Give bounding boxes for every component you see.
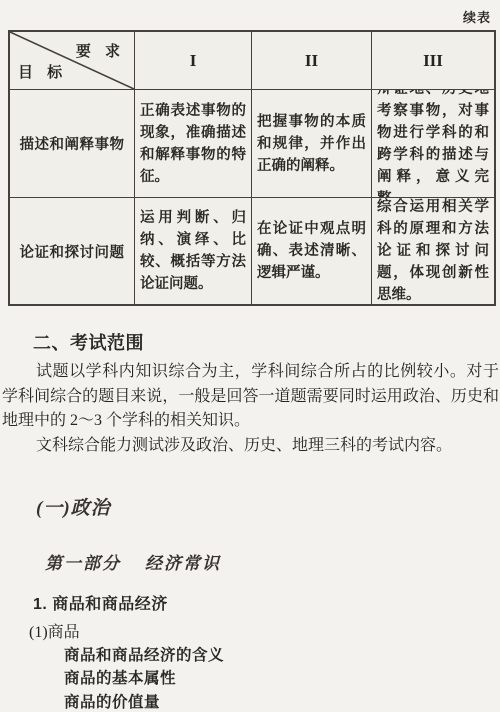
outline-sub-item: 商品的价值量: [64, 691, 224, 712]
outline-item-commodity: (1)商品: [29, 619, 80, 642]
section-heading-exam-scope: 二、考试范围: [33, 329, 144, 355]
table-cell-r2-c1: 运用判断、归纳、演绎、比较、概括等方法论证问题。: [135, 198, 252, 304]
table-cell-text: 辩证地、历史地考察事物，对事物进行学科的和跨学科的描述与阐释，意义完整。: [377, 90, 489, 198]
table-cell-r2-c3: 综合运用相关学科的原理和方法论证和探讨问题，体现创新性思维。: [372, 198, 494, 304]
outline-sub-list: 商品和商品经济的含义 商品的基本属性 商品的价值量: [64, 644, 224, 712]
table-cell-r1-c3: 辩证地、历史地考察事物，对事物进行学科的和跨学科的描述与阐释，意义完整。: [372, 90, 494, 198]
table-cell-r1-c2: 把握事物的本质和规律，并作出正确的阐释。: [252, 90, 372, 198]
table-cell-r1-c1: 正确表述事物的现象，准确描述和解释事物的特征。: [135, 90, 252, 198]
continued-table-label: 续表: [463, 7, 491, 26]
table-cell-text: 把握事物的本质和规律，并作出正确的阐释。: [257, 111, 366, 177]
table-row-label-argue: 论证和探讨问题: [10, 198, 135, 304]
part-one-title: 经济常识: [145, 549, 221, 574]
table-header-level-3: III: [372, 32, 494, 90]
outline-item-commodity-economy: 1. 商品和商品经济: [33, 591, 168, 614]
heading-part-one: 第一部分 经济常识: [45, 549, 221, 574]
ability-requirements-table: 要 求 目 标 I II III 描述和阐释事物 正确表述事物的现象，准确描述和…: [8, 30, 496, 306]
corner-goal-label: 目 标: [18, 61, 67, 82]
part-one-label: 第一部分: [45, 549, 121, 574]
table-cell-text: 综合运用相关学科的原理和方法论证和探讨问题，体现创新性思维。: [377, 198, 489, 304]
outline-sub-item: 商品和商品经济的含义: [64, 644, 224, 667]
paragraph-exam-scope: 试题以学科内知识综合为主，学科间综合所占的比例较小。对于学科间综合的题目来说，一…: [2, 360, 499, 434]
table-corner-cell: 要 求 目 标: [10, 32, 135, 90]
table-row-label-describe: 描述和阐释事物: [10, 90, 135, 198]
paragraph-subjects: 文科综合能力测试涉及政治、历史、地理三科的考试内容。: [2, 434, 499, 459]
table-header-level-1: I: [135, 32, 252, 90]
heading-politics: (一)政治: [36, 493, 111, 520]
corner-requirement-label: 要 求: [76, 40, 125, 61]
table-cell-text: 运用判断、归纳、演绎、比较、概括等方法论证问题。: [140, 207, 246, 295]
table-cell-r2-c2: 在论证中观点明确、表述清晰、逻辑严谨。: [252, 198, 372, 304]
outline-sub-item: 商品的基本属性: [64, 667, 224, 690]
table-cell-text: 在论证中观点明确、表述清晰、逻辑严谨。: [257, 218, 366, 284]
table-cell-text: 正确表述事物的现象，准确描述和解释事物的特征。: [140, 100, 246, 188]
table-header-level-2: II: [252, 32, 372, 90]
